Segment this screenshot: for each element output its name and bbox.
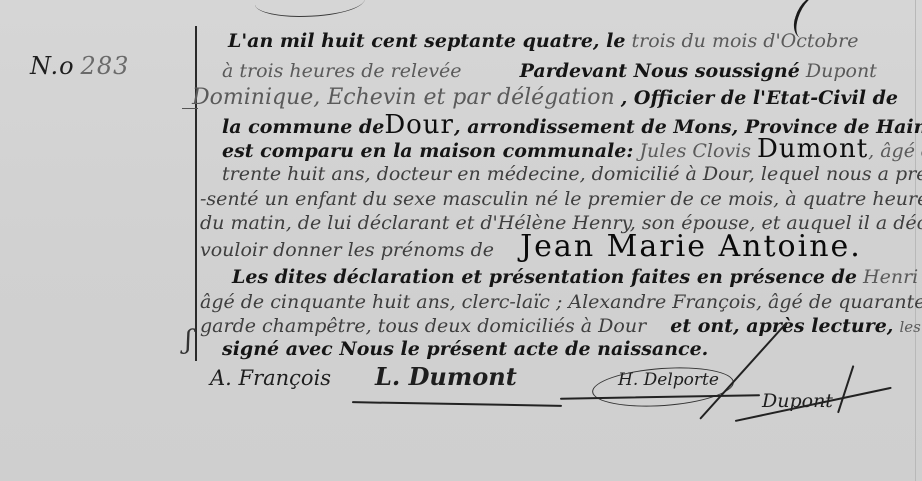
age-label: , âgé de — [868, 140, 922, 162]
child-details: -senté un enfant du sexe masculin né le … — [200, 188, 922, 210]
text-line-9: vouloir donner les prénoms de Jean Marie… — [200, 236, 862, 261]
witness-details: âgé de cinquante huit ans, clerc-laïc ; … — [200, 291, 922, 313]
text-line-6: trente huit ans, docteur en médecine, do… — [222, 163, 922, 185]
father-surname: Dumont — [757, 134, 868, 164]
act-number-label: N.o — [30, 52, 75, 80]
margin-bracket: ʃ — [185, 325, 192, 355]
declarant-details: trente huit ans, docteur en médecine, do… — [222, 163, 922, 185]
time-filled: à trois heures de relevée — [222, 60, 462, 82]
printed-text: Pardevant Nous soussigné — [520, 60, 800, 82]
text-line-13: signé avec Nous le présent acte de naiss… — [222, 338, 708, 360]
printed-text: est comparu en la maison communale: — [222, 140, 633, 162]
text-line-10: Les dites déclaration et présentation fa… — [232, 266, 922, 288]
commune-name: Dour — [384, 110, 454, 140]
given-names-label: vouloir donner les prénoms de — [200, 239, 494, 261]
text-line-2: à trois heures de relevée Pardevant Nous… — [222, 60, 877, 82]
text-line-7: -senté un enfant du sexe masculin né le … — [200, 188, 922, 210]
signature-tail — [837, 365, 854, 413]
date-filled: trois du mois d'Octobre — [632, 30, 859, 52]
signature-text: A. François — [210, 366, 331, 390]
witness-1-name: Henri Delporte — [863, 266, 922, 288]
act-number-value: 283 — [81, 52, 130, 80]
printed-text: la commune de — [222, 116, 384, 138]
text-line-1: L'an mil huit cent septante quatre, le t… — [228, 30, 858, 52]
child-given-names: Jean Marie Antoine. — [520, 229, 862, 264]
signature-dumont: L. Dumont — [375, 362, 517, 391]
margin-rule — [195, 26, 197, 361]
printed-text: Les dites déclaration et présentation fa… — [232, 266, 857, 288]
signature-underline — [352, 401, 562, 406]
text-line-3: Dominique, Echevin et par délégation , O… — [192, 87, 898, 109]
witness-residence: garde champêtre, tous deux domiciliés à … — [200, 315, 646, 337]
signature-francois: A. François — [210, 366, 331, 390]
signature-text: L. Dumont — [375, 362, 517, 391]
text-line-11: âgé de cinquante huit ans, clerc-laïc ; … — [200, 291, 922, 313]
signature-delporte: H. Delporte — [618, 370, 719, 390]
text-line-5: est comparu en la maison communale: Jule… — [222, 138, 922, 162]
officer-surname: Dupont — [806, 60, 877, 82]
previous-entry-flourish — [255, 0, 365, 17]
scanned-register-page: N.o283 L'an mil huit cent septante quatr… — [0, 0, 922, 481]
signature-text: H. Delporte — [618, 370, 719, 390]
printed-text: L'an mil huit cent septante quatre, le — [228, 30, 625, 52]
father-given-names: Jules Clovis — [639, 140, 751, 162]
page-edge — [915, 0, 916, 481]
printed-text: signé avec Nous le présent acte de naiss… — [222, 338, 708, 360]
printed-text: , Officier de l'Etat-Civil de — [621, 87, 898, 109]
officer-name-title: Dominique, Echevin et par délégation — [192, 85, 615, 110]
text-line-12: garde champêtre, tous deux domiciliés à … — [200, 315, 922, 338]
signatories-note: les père et témoins, — [899, 318, 922, 336]
act-number: N.o283 — [30, 52, 129, 80]
